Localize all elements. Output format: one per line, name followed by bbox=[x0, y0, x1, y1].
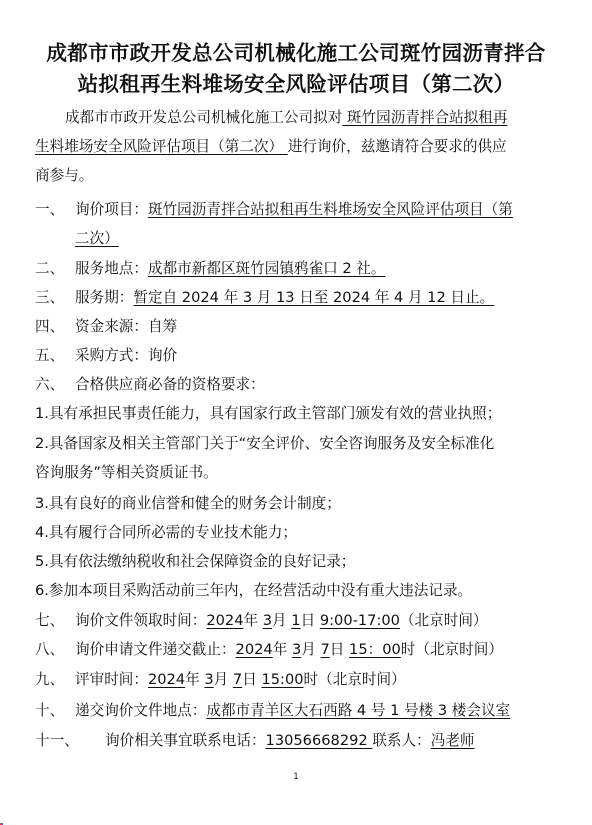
month-unit: 月 bbox=[214, 671, 229, 688]
section-number: 六、 bbox=[35, 375, 75, 395]
month-unit: 月 bbox=[272, 612, 287, 629]
day-unit: 日 bbox=[242, 671, 257, 688]
intro-suffix: 进行询价，兹邀请符合要求的供应 bbox=[288, 138, 507, 155]
section-label: 评审时间： bbox=[75, 671, 148, 688]
intro-prefix: 成都市市政开发总公司机械化施工公司拟对 bbox=[65, 109, 342, 126]
day-value: 7 bbox=[320, 641, 329, 658]
section-number: 一、 bbox=[35, 200, 75, 220]
requirement-1: 1.具有承担民事责任能力，具有国家行政主管部门颁发有效的营业执照； bbox=[35, 404, 501, 424]
document-title-line-2: 站拟租再生料堆场安全风险评估项目（第二次） bbox=[0, 67, 592, 97]
section-8: 八、询价申请文件递交截止：2024年 3月 7日 15：00时（北京时间） bbox=[35, 640, 503, 660]
document-title-line-1: 成都市市政开发总公司机械化施工公司斑竹园沥青拌合 bbox=[0, 36, 592, 66]
section-number: 十一、 bbox=[35, 731, 105, 751]
year-unit: 年 bbox=[273, 641, 288, 658]
section-number: 二、 bbox=[35, 259, 75, 279]
section-2: 二、服务地点：成都市新都区斑竹园镇鸦雀口 2 社。 bbox=[35, 259, 385, 279]
day-unit: 日 bbox=[301, 612, 316, 629]
time-value: 9:00-17:00 bbox=[320, 612, 400, 629]
section-label: 资金来源： bbox=[75, 318, 148, 335]
month-value: 3 bbox=[292, 641, 301, 658]
section-7: 七、询价文件领取时间：2024年 3月 1日 9:00-17:00（北京时间） bbox=[35, 611, 488, 631]
year-value: 2024 bbox=[148, 671, 185, 688]
section-value: 询价 bbox=[148, 347, 177, 364]
intro-line-3: 商参与。 bbox=[35, 166, 93, 186]
section-label: 询价相关事宜联系电话： bbox=[105, 732, 266, 749]
time-suffix: （北京时间） bbox=[400, 612, 488, 629]
submission-address: 成都市青羊区大石西路 4 号 1 号楼 3 楼会议室 bbox=[206, 702, 510, 719]
requirement-4: 4.具有履行合同所必需的专业技术能力； bbox=[35, 523, 297, 543]
month-value: 3 bbox=[263, 612, 272, 629]
intro-project-name-part1: 斑竹园沥青拌合站拟租再 bbox=[342, 109, 507, 126]
requirement-6: 6.参加本项目采购活动前三年内，在经营活动中没有重大违法记录。 bbox=[35, 581, 472, 601]
section-number: 九、 bbox=[35, 670, 75, 690]
contact-label: 联系人： bbox=[372, 732, 430, 749]
section-number: 八、 bbox=[35, 640, 75, 660]
section-5: 五、采购方式：询价 bbox=[35, 346, 177, 366]
section-1: 一、询价项目：斑竹园沥青拌合站拟租再生料堆场安全风险评估项目（第 bbox=[35, 200, 513, 220]
month-unit: 月 bbox=[301, 641, 316, 658]
intro-line-2: 生料堆场安全风险评估项目（第二次） 进行询价，兹邀请符合要求的供应 bbox=[35, 137, 507, 157]
day-unit: 日 bbox=[330, 641, 345, 658]
month-value: 3 bbox=[204, 671, 213, 688]
section-6: 六、合格供应商必备的资格要求： bbox=[35, 375, 265, 395]
intro-line-1: 成都市市政开发总公司机械化施工公司拟对 斑竹园沥青拌合站拟租再 bbox=[65, 108, 507, 128]
requirement-2-continued: 咨询服务”等相关资质证书。 bbox=[35, 463, 218, 483]
section-number: 十、 bbox=[35, 701, 75, 721]
time-suffix: 时（北京时间） bbox=[401, 641, 503, 658]
year-unit: 年 bbox=[185, 671, 200, 688]
requirement-5: 5.具有依法缴纳税收和社会保障资金的良好记录； bbox=[35, 552, 355, 572]
section-label: 递交询价文件地点： bbox=[75, 702, 206, 719]
contact-name: 冯老师 bbox=[431, 732, 475, 749]
section-11: 十一、询价相关事宜联系电话：13056668292 联系人：冯老师 bbox=[35, 731, 475, 751]
section-number: 三、 bbox=[35, 288, 75, 308]
page-number: 1 bbox=[0, 772, 592, 782]
year-unit: 年 bbox=[244, 612, 259, 629]
section-3: 三、服务期：暂定自 2024 年 3 月 13 日至 2024 年 4 月 12… bbox=[35, 288, 494, 308]
day-value: 7 bbox=[233, 671, 242, 688]
day-value: 1 bbox=[291, 612, 300, 629]
section-1-continued: 二次） bbox=[75, 229, 119, 249]
section-value: 自筹 bbox=[148, 318, 177, 335]
section-4: 四、资金来源：自筹 bbox=[35, 317, 177, 337]
section-label: 询价项目： bbox=[75, 201, 148, 218]
section-label: 合格供应商必备的资格要求： bbox=[75, 376, 265, 393]
section-number: 五、 bbox=[35, 346, 75, 366]
time-value: 15:00 bbox=[261, 671, 303, 688]
section-value: 成都市新都区斑竹园镇鸦雀口 2 社。 bbox=[148, 260, 385, 277]
time-suffix: 时（北京时间） bbox=[304, 671, 406, 688]
section-10: 十、递交询价文件地点：成都市青羊区大石西路 4 号 1 号楼 3 楼会议室 bbox=[35, 701, 510, 721]
requirement-3: 3.具有良好的商业信誉和健全的财务会计制度； bbox=[35, 494, 341, 514]
section-label: 询价申请文件递交截止： bbox=[75, 641, 236, 658]
section-9: 九、评审时间：2024年 3月 7日 15:00时（北京时间） bbox=[35, 670, 406, 690]
requirement-2: 2.具备国家及相关主管部门关于“安全评价、安全咨询服务及安全标准化 bbox=[35, 434, 494, 454]
section-number: 四、 bbox=[35, 317, 75, 337]
document-page: 成都市市政开发总公司机械化施工公司斑竹园沥青拌合 站拟租再生料堆场安全风险评估项… bbox=[0, 0, 592, 825]
section-value: 斑竹园沥青拌合站拟租再生料堆场安全风险评估项目（第 bbox=[148, 201, 513, 218]
intro-project-name-part2: 生料堆场安全风险评估项目（第二次） bbox=[35, 138, 288, 155]
section-number: 七、 bbox=[35, 611, 75, 631]
time-value: 15：00 bbox=[349, 641, 401, 658]
section-value: 暂定自 2024 年 3 月 13 日至 2024 年 4 月 12 日止。 bbox=[133, 289, 494, 306]
section-label: 询价文件领取时间： bbox=[75, 612, 206, 629]
section-label: 服务期： bbox=[75, 289, 133, 306]
contact-phone: 13056668292 bbox=[266, 732, 373, 749]
year-value: 2024 bbox=[236, 641, 273, 658]
section-value-continued: 二次） bbox=[75, 230, 119, 247]
section-label: 采购方式： bbox=[75, 347, 148, 364]
year-value: 2024 bbox=[206, 612, 243, 629]
section-label: 服务地点： bbox=[75, 260, 148, 277]
